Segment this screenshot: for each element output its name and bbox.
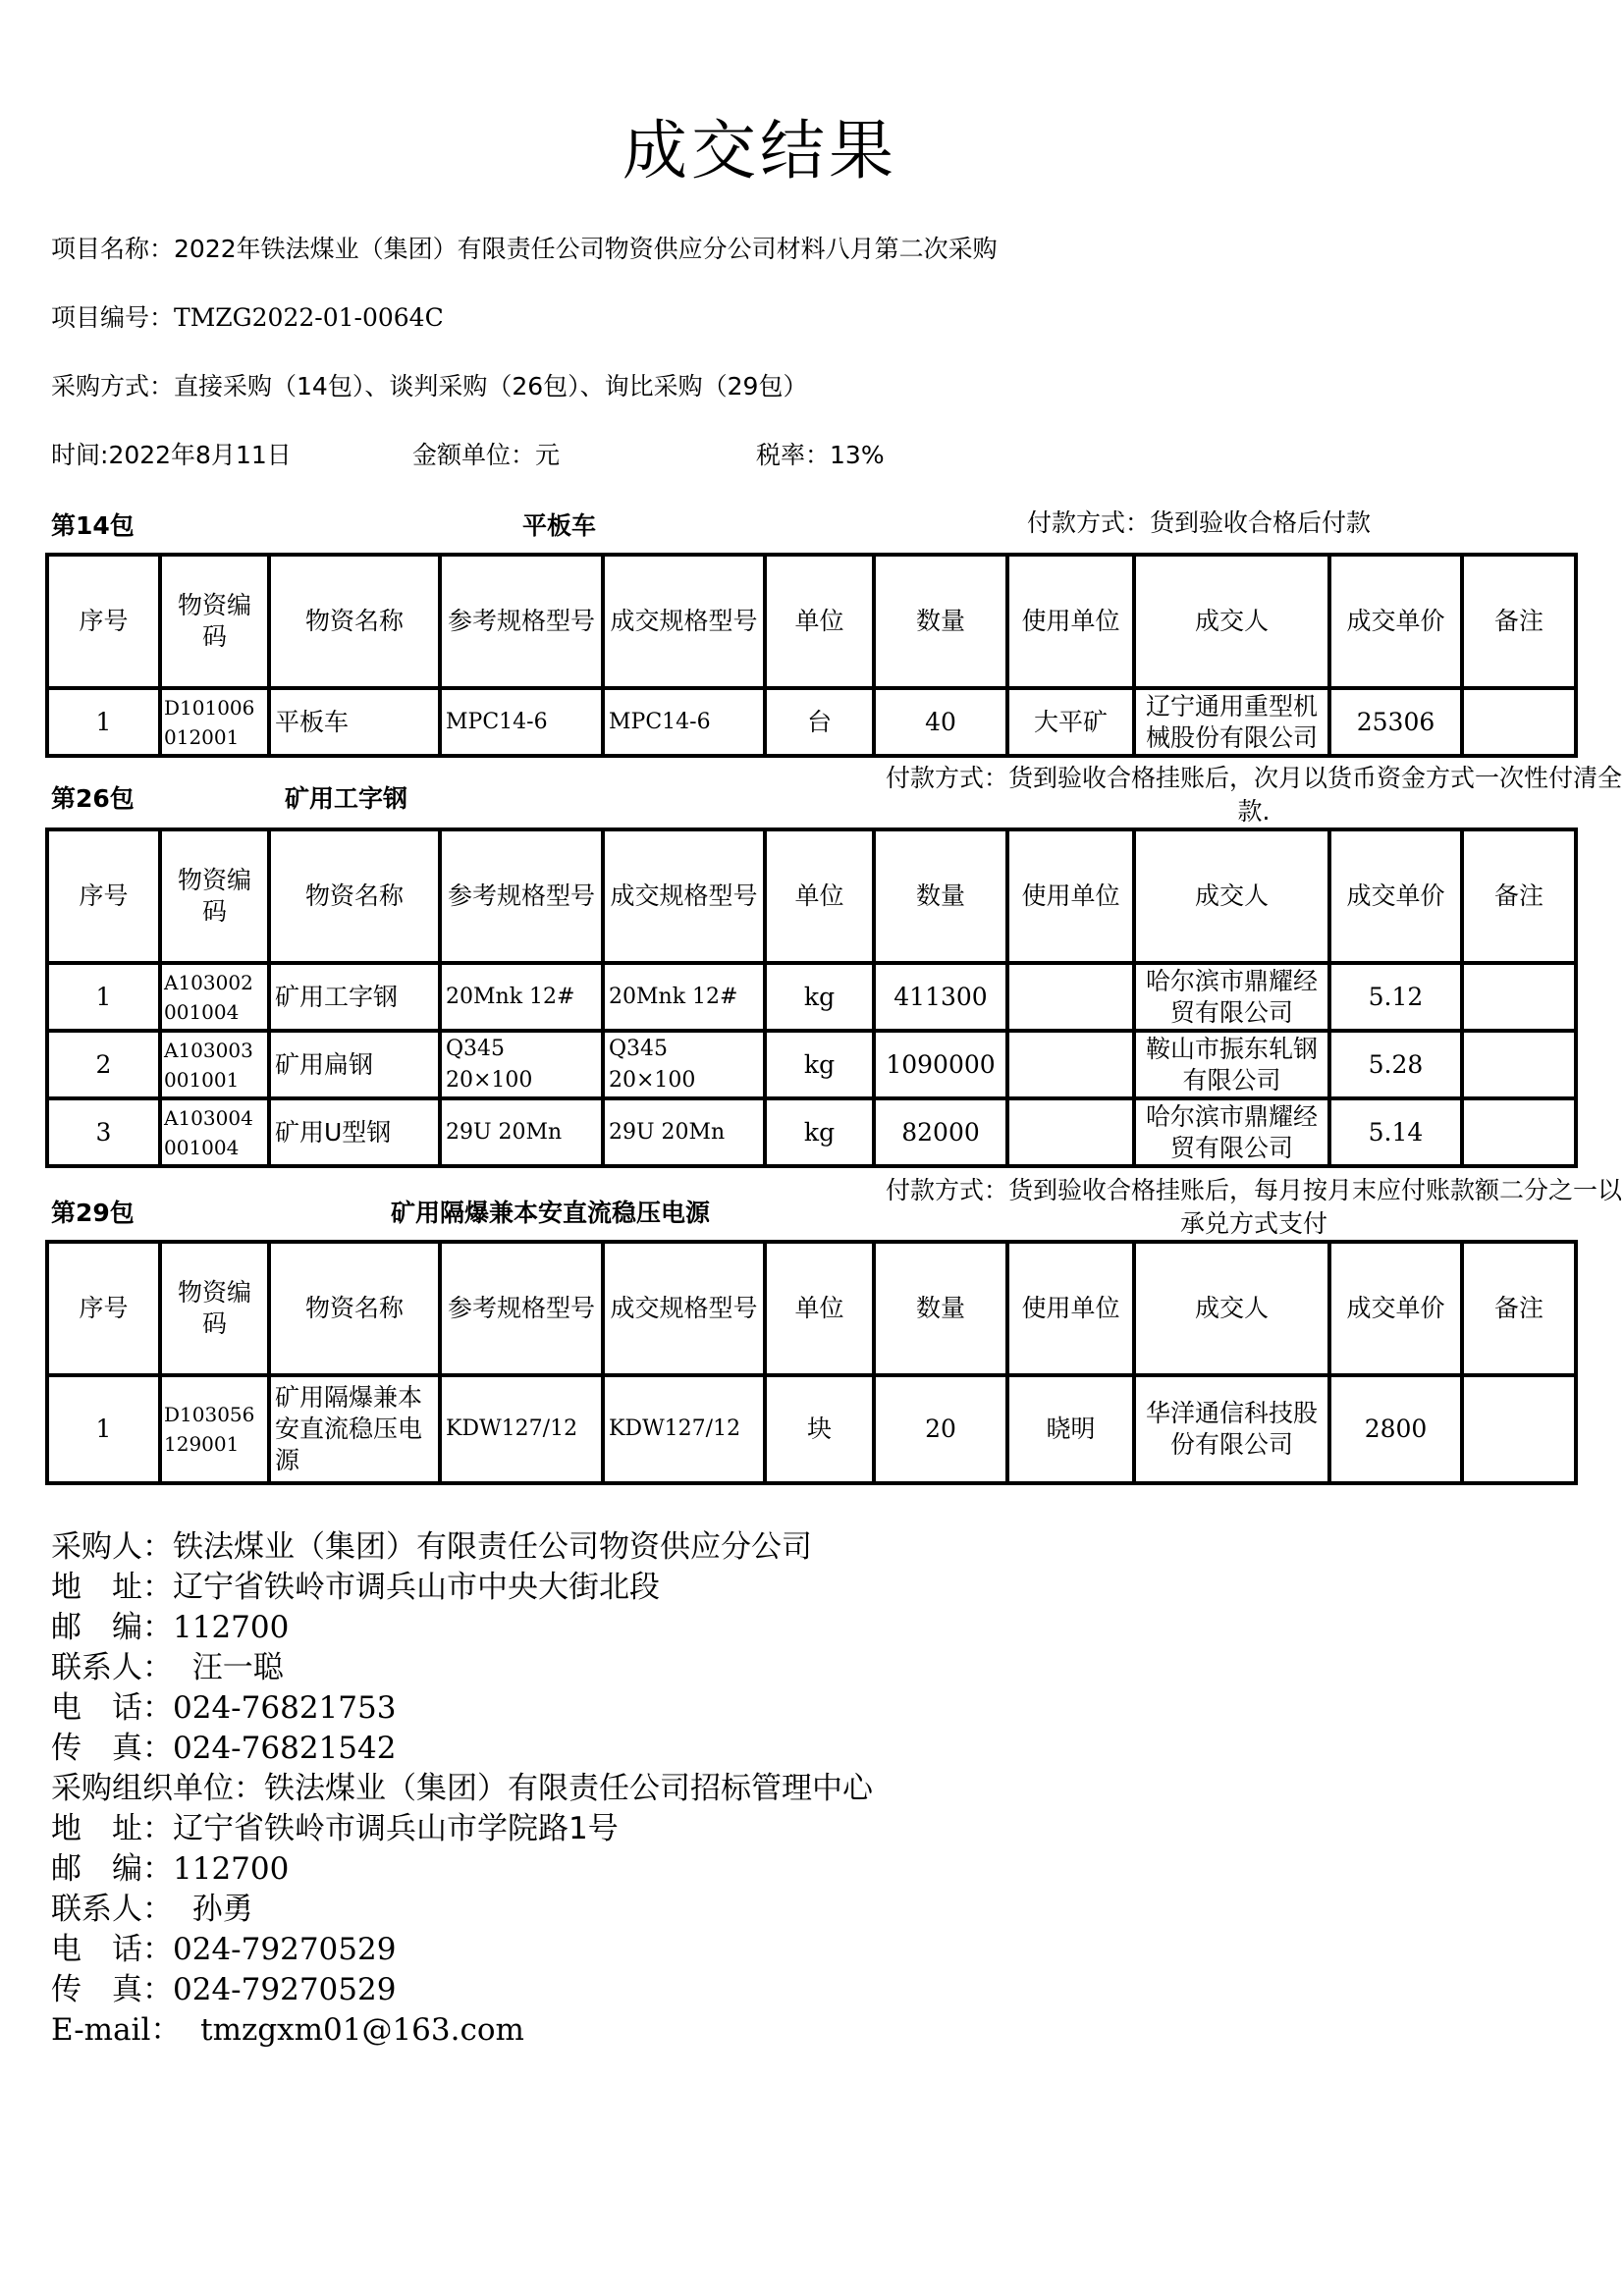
cell-name: 矿用隔爆兼本安直流稳压电源 [269,1375,440,1483]
cell-unit: 块 [765,1375,874,1483]
cell-qty: 411300 [874,963,1007,1031]
cell-remark [1462,688,1576,756]
col-code: 物资编码 [160,555,269,688]
package-table-14: 序号 物资编码 物资名称 参考规格型号 成交规格型号 单位 数量 使用单位 成交… [45,553,1578,758]
col-unit: 单位 [765,1242,874,1375]
col-user-unit: 使用单位 [1007,1242,1134,1375]
purchaser-fax: 024-76821542 [173,1731,396,1766]
agency-contact-line: 联系人： 孙勇 [51,1890,873,1930]
table-row: 1 D101006012001 平板车 MPC14-6 MPC14-6 台 40… [47,688,1576,756]
package-no: 第26包 [51,779,135,815]
project-name-label: 项目名称： [51,235,174,263]
cell-deal-spec: KDW127/12 [603,1375,765,1483]
project-no: TMZG2022-01-0064C [174,303,444,332]
purchaser-phone-line: 电 话：024-76821753 [51,1688,873,1729]
payment-terms: 付款方式：货到验收合格后付款 [1027,507,1371,540]
cell-name: 矿用U型钢 [269,1098,440,1166]
col-unit: 单位 [765,829,874,963]
agency-address-line: 地 址：辽宁省铁岭市调兵山市学院路1号 [51,1809,873,1849]
cell-supplier: 鞍山市振东轧钢有限公司 [1134,1031,1329,1098]
package-header-14: 第14包 平板车 付款方式：货到验收合格后付款 [51,507,1575,546]
col-deal-spec: 成交规格型号 [603,555,765,688]
cell-ref-spec: 29U 20Mn [440,1098,603,1166]
purchaser-phone: 024-76821753 [173,1690,396,1726]
col-ref-spec: 参考规格型号 [440,1242,603,1375]
col-unit: 单位 [765,555,874,688]
agency-org: 铁法煤业（集团）有限责任公司招标管理中心 [264,1771,873,1806]
agency-email-label: E-mail： [51,2012,181,2048]
cell-code: D101006012001 [160,688,269,756]
cell-code: D103056129001 [160,1375,269,1483]
agency-address: 辽宁省铁岭市调兵山市学院路1号 [173,1811,619,1846]
cell-ref-spec: MPC14-6 [440,688,603,756]
page-title: 成交结果 [0,98,1520,191]
purchaser-address-label: 地 址： [51,1570,173,1605]
col-ref-spec: 参考规格型号 [440,829,603,963]
purchaser-postcode: 112700 [173,1610,289,1645]
method-line: 采购方式：直接采购（14包）、谈判采购（26包）、询比采购（29包） [51,367,807,402]
agency-postcode: 112700 [173,1851,289,1887]
col-user-unit: 使用单位 [1007,829,1134,963]
cell-deal-spec: 20Mnk 12# [603,963,765,1031]
cell-supplier: 哈尔滨市鼎耀经贸有限公司 [1134,963,1329,1031]
cell-qty: 40 [874,688,1007,756]
cell-seq: 1 [47,688,160,756]
cell-user-unit [1007,1031,1134,1098]
cell-name: 矿用工字钢 [269,963,440,1031]
col-code: 物资编码 [160,1242,269,1375]
agency-fax-line: 传 真：024-79270529 [51,1970,873,2010]
cell-price: 2800 [1329,1375,1462,1483]
cell-unit: kg [765,1031,874,1098]
cell-user-unit: 晓明 [1007,1375,1134,1483]
table-row: 3 A103004001004 矿用U型钢 29U 20Mn 29U 20Mn … [47,1098,1576,1166]
tax: 13% [830,441,885,469]
date-label: 时间: [51,441,108,469]
cell-qty: 20 [874,1375,1007,1483]
table-row: 2 A103003001001 矿用扁钢 Q345 20×100 Q345 20… [47,1031,1576,1098]
agency-email[interactable]: tmzgxm01@163.com [200,2012,524,2048]
col-price: 成交单价 [1329,1242,1462,1375]
cell-user-unit: 大平矿 [1007,688,1134,756]
cell-code: A103003001001 [160,1031,269,1098]
cell-qty: 82000 [874,1098,1007,1166]
cell-deal-spec: 29U 20Mn [603,1098,765,1166]
cell-supplier: 哈尔滨市鼎耀经贸有限公司 [1134,1098,1329,1166]
cell-remark [1462,1098,1576,1166]
purchaser-contact-label: 联系人： [51,1650,173,1685]
payment-terms: 付款方式：货到验收合格挂账后，每月按月末应付账款额二分之一以承兑方式支付 [876,1174,1624,1241]
cell-code: A103002001004 [160,963,269,1031]
date: 2022年8月11日 [108,441,291,469]
col-ref-spec: 参考规格型号 [440,555,603,688]
purchaser-postcode-line: 邮 编：112700 [51,1608,873,1648]
col-qty: 数量 [874,555,1007,688]
table-header-row: 序号 物资编码 物资名称 参考规格型号 成交规格型号 单位 数量 使用单位 成交… [47,829,1576,963]
package-header-29: 第29包 矿用隔爆兼本安直流稳压电源 付款方式：货到验收合格挂账后，每月按月末应… [51,1178,1575,1217]
col-user-unit: 使用单位 [1007,555,1134,688]
currency: 元 [535,441,560,469]
purchaser-org-label: 采购人： [51,1529,173,1565]
table-header-row: 序号 物资编码 物资名称 参考规格型号 成交规格型号 单位 数量 使用单位 成交… [47,1242,1576,1375]
project-no-line: 项目编号：TMZG2022-01-0064C [51,298,444,334]
cell-price: 5.12 [1329,963,1462,1031]
purchaser-address: 辽宁省铁岭市调兵山市中央大街北段 [173,1570,660,1605]
package-table-29: 序号 物资编码 物资名称 参考规格型号 成交规格型号 单位 数量 使用单位 成交… [45,1240,1578,1485]
col-remark: 备注 [1462,555,1576,688]
cell-seq: 2 [47,1031,160,1098]
package-no: 第14包 [51,507,135,542]
agency-postcode-line: 邮 编：112700 [51,1849,873,1890]
purchaser-contact-line: 联系人： 汪一聪 [51,1648,873,1688]
package-table-26: 序号 物资编码 物资名称 参考规格型号 成交规格型号 单位 数量 使用单位 成交… [45,828,1578,1168]
cell-name: 平板车 [269,688,440,756]
cell-supplier: 辽宁通用重型机械股份有限公司 [1134,688,1329,756]
cell-supplier: 华洋通信科技股份有限公司 [1134,1375,1329,1483]
col-qty: 数量 [874,1242,1007,1375]
col-supplier: 成交人 [1134,555,1329,688]
purchaser-org-line: 采购人：铁法煤业（集团）有限责任公司物资供应分公司 [51,1527,873,1568]
cell-user-unit [1007,1098,1134,1166]
col-remark: 备注 [1462,1242,1576,1375]
cell-seq: 1 [47,963,160,1031]
cell-deal-spec: Q345 20×100 [603,1031,765,1098]
cell-qty: 1090000 [874,1031,1007,1098]
purchaser-fax-line: 传 真：024-76821542 [51,1729,873,1769]
agency-email-line: E-mail： tmzgxm01@163.com [51,2010,873,2051]
package-header-26: 第26包 矿用工字钢 付款方式：货到验收合格挂账后，次月以货币资金方式一次性付清… [51,766,1575,805]
package-name: 矿用隔爆兼本安直流稳压电源 [391,1194,710,1229]
col-seq: 序号 [47,555,160,688]
table-row: 1 D103056129001 矿用隔爆兼本安直流稳压电源 KDW127/12 … [47,1375,1576,1483]
cell-price: 5.14 [1329,1098,1462,1166]
table-header-row: 序号 物资编码 物资名称 参考规格型号 成交规格型号 单位 数量 使用单位 成交… [47,555,1576,688]
agency-phone-label: 电 话： [51,1932,173,1967]
cell-ref-spec: Q345 20×100 [440,1031,603,1098]
cell-name: 矿用扁钢 [269,1031,440,1098]
cell-ref-spec: KDW127/12 [440,1375,603,1483]
purchaser-fax-label: 传 真： [51,1731,173,1766]
project-no-label: 项目编号： [51,303,174,332]
date-line: 时间:2022年8月11日 金额单位：元 税率：13% [51,436,1033,471]
agency-contact-label: 联系人： [51,1892,173,1927]
agency-phone-line: 电 话：024-79270529 [51,1930,873,1970]
table-row: 1 A103002001004 矿用工字钢 20Mnk 12# 20Mnk 12… [47,963,1576,1031]
col-deal-spec: 成交规格型号 [603,1242,765,1375]
currency-label: 金额单位： [412,441,535,469]
cell-price: 5.28 [1329,1031,1462,1098]
cell-user-unit [1007,963,1134,1031]
cell-remark [1462,963,1576,1031]
agency-phone: 024-79270529 [173,1932,396,1967]
cell-seq: 1 [47,1375,160,1483]
package-no: 第29包 [51,1194,135,1229]
purchaser-org: 铁法煤业（集团）有限责任公司物资供应分公司 [173,1529,812,1565]
purchaser-contact: 汪一聪 [192,1650,284,1685]
contact-info: 采购人：铁法煤业（集团）有限责任公司物资供应分公司 地 址：辽宁省铁岭市调兵山市… [51,1527,873,2051]
col-remark: 备注 [1462,829,1576,963]
cell-remark [1462,1031,1576,1098]
cell-code: A103004001004 [160,1098,269,1166]
agency-contact: 孙勇 [192,1892,253,1927]
agency-fax: 024-79270529 [173,1972,396,2007]
tax-group: 税率：13% [756,436,885,471]
purchaser-phone-label: 电 话： [51,1690,173,1726]
col-supplier: 成交人 [1134,829,1329,963]
cell-remark [1462,1375,1576,1483]
project-name-line: 项目名称：2022年铁法煤业（集团）有限责任公司物资供应分公司材料八月第二次采购 [51,230,998,265]
payment-terms: 付款方式：货到验收合格挂账后，次月以货币资金方式一次性付清全款. [876,762,1624,828]
col-name: 物资名称 [269,555,440,688]
package-name: 平板车 [522,507,596,542]
cell-ref-spec: 20Mnk 12# [440,963,603,1031]
col-price: 成交单价 [1329,829,1462,963]
col-name: 物资名称 [269,1242,440,1375]
agency-postcode-label: 邮 编： [51,1851,173,1887]
col-deal-spec: 成交规格型号 [603,829,765,963]
agency-address-label: 地 址： [51,1811,173,1846]
col-seq: 序号 [47,829,160,963]
col-qty: 数量 [874,829,1007,963]
col-name: 物资名称 [269,829,440,963]
project-name: 2022年铁法煤业（集团）有限责任公司物资供应分公司材料八月第二次采购 [174,235,998,263]
package-name: 矿用工字钢 [285,779,407,815]
cell-seq: 3 [47,1098,160,1166]
cell-deal-spec: MPC14-6 [603,688,765,756]
col-seq: 序号 [47,1242,160,1375]
cell-unit: 台 [765,688,874,756]
purchaser-postcode-label: 邮 编： [51,1610,173,1645]
col-price: 成交单价 [1329,555,1462,688]
cell-unit: kg [765,1098,874,1166]
cell-unit: kg [765,963,874,1031]
agency-fax-label: 传 真： [51,1972,173,2007]
agency-org-label: 采购组织单位： [51,1771,264,1806]
method: 直接采购（14包）、谈判采购（26包）、询比采购（29包） [174,372,807,400]
cell-price: 25306 [1329,688,1462,756]
tax-label: 税率： [756,441,830,469]
col-code: 物资编码 [160,829,269,963]
agency-org-line: 采购组织单位：铁法煤业（集团）有限责任公司招标管理中心 [51,1769,873,1809]
method-label: 采购方式： [51,372,174,400]
purchaser-address-line: 地 址：辽宁省铁岭市调兵山市中央大街北段 [51,1568,873,1608]
col-supplier: 成交人 [1134,1242,1329,1375]
currency-group: 金额单位：元 [412,436,560,471]
